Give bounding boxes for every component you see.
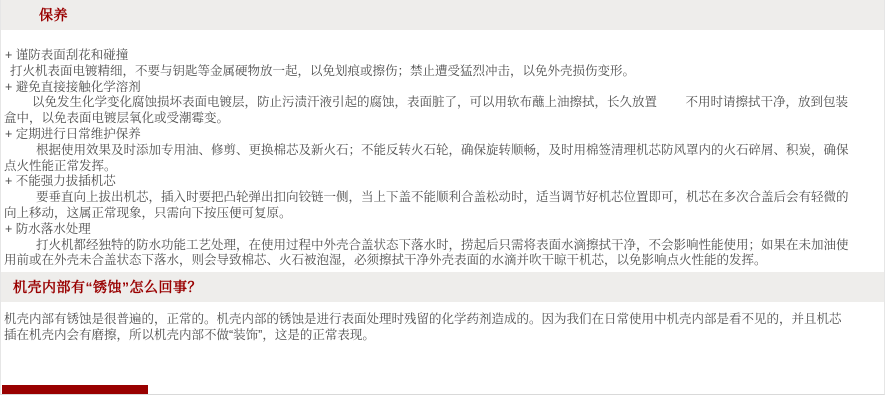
section-header-rust-faq: 机壳内部有“锈蚀”怎么回事？ [1, 272, 884, 302]
text-line: 以免发生化学变化腐蚀损坏表面电镀层，防止污渍汗液引起的腐蚀，表面脏了，可以用软布… [1, 95, 884, 111]
bullet-line: + 防水落水处理 [1, 222, 884, 238]
section-title-rust-faq: 机壳内部有“锈蚀”怎么回事？ [1, 277, 202, 297]
section-header-maintenance: 保养 [1, 0, 884, 30]
text-line: 插在机壳内会有磨擦，所以机壳内部不做“装饰”，这是的正常表现。 [1, 328, 884, 344]
text-line: 机壳内部有锈蚀是很普遍的，正常的。机壳内部的锈蚀是进行表面处理时残留的化学药剂造… [1, 312, 884, 328]
text-line: 打火机表面电镀精细，不要与钥匙等金属硬物放一起，以免划痕或擦伤；禁止遭受猛烈冲击… [1, 64, 884, 80]
bullet-line: + 谨防表面刮花和碰撞 [1, 48, 884, 64]
bottom-red-bar [2, 385, 148, 394]
text-line: 根据使用效果及时添加专用油、修剪、更换棉芯及新火石；不能反转火石轮，确保旋转顺畅… [1, 143, 884, 159]
bullet-line: + 避免直接接触化学溶剂 [1, 80, 884, 96]
text-line: 向上移动，这属正常现象，只需向下按压便可复原。 [1, 206, 884, 222]
maintenance-content: + 谨防表面刮花和碰撞 打火机表面电镀精细，不要与钥匙等金属硬物放一起，以免划痕… [1, 30, 884, 272]
text-line: 点火性能正常发挥。 [1, 159, 884, 175]
text-line: 要垂直向上拔出机芯，插入时要把凸轮弹出扣向铰链一侧，当上下盖不能顺利合盖松动时，… [1, 190, 884, 206]
text-line: 盒中，以免表面电镀层氧化或受潮霉变。 [1, 111, 884, 127]
text-line: 打火机都经独特的防水功能工艺处理，在使用过程中外壳合盖状态下落水时，捞起后只需将… [1, 238, 884, 254]
bullet-line: + 不能强力拔插机芯 [1, 174, 884, 190]
text-line: 用前或在外壳未合盖状态下落水，则会导致棉芯、火石被泡湿，必须擦拭干净外壳表面的水… [1, 253, 884, 269]
section-title-maintenance: 保养 [1, 5, 68, 25]
rust-faq-content: 机壳内部有锈蚀是很普遍的，正常的。机壳内部的锈蚀是进行表面处理时残留的化学药剂造… [1, 302, 884, 344]
bullet-line: + 定期进行日常维护保养 [1, 127, 884, 143]
faq-page: 保养 + 谨防表面刮花和碰撞 打火机表面电镀精细，不要与钥匙等金属硬物放一起，以… [0, 0, 885, 395]
